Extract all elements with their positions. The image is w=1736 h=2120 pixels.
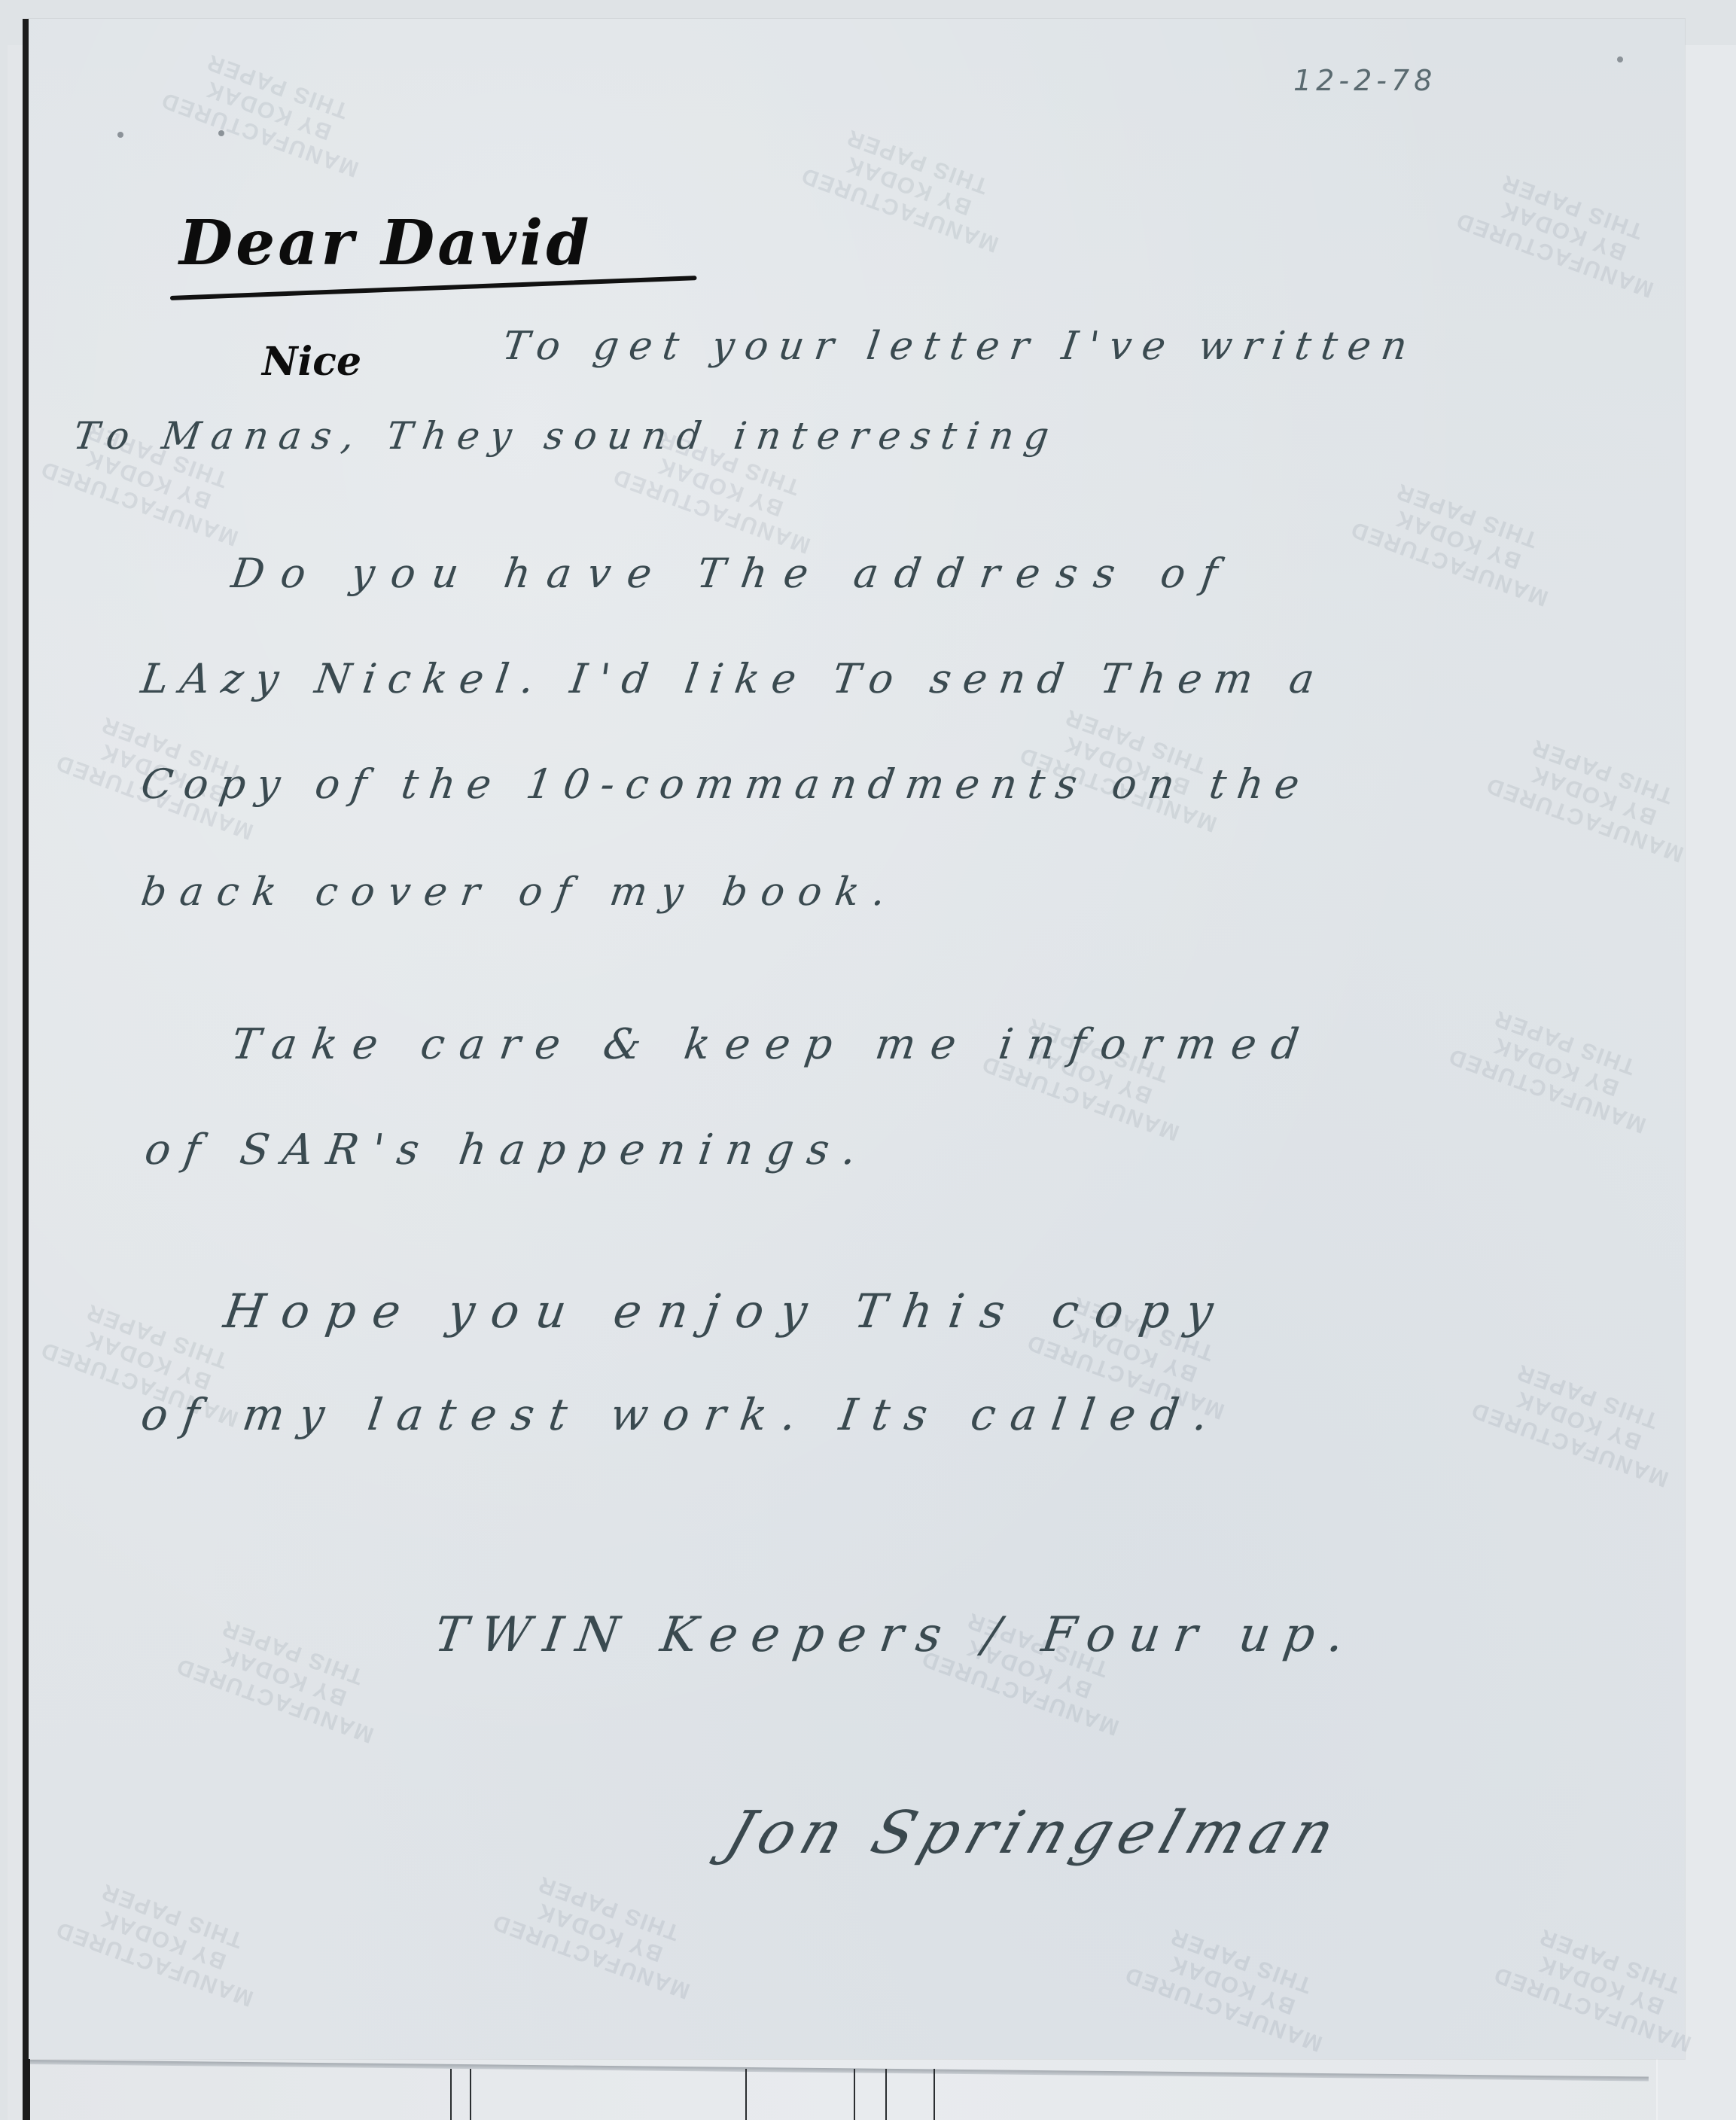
watermark: MANUFACTURED BY KODAK THIS PAPER (157, 38, 379, 182)
body-word-nice: Nice (262, 339, 361, 385)
body-line: of SAR's happenings. (142, 1125, 873, 1174)
body-line: To Manas, They sound interesting (71, 414, 1062, 458)
body-line: back cover of my book. (139, 870, 902, 915)
letter-date: 12-2-78 (1293, 64, 1436, 97)
salutation: Dear David (179, 207, 592, 279)
body-line: LAzy Nickel. I'd like To send Them a (139, 655, 1329, 702)
body-line: Take care & keep me informed (228, 1020, 1317, 1069)
pin-hole (218, 130, 224, 136)
watermark: MANUFACTURED BY KODAK THIS PAPER (1467, 1348, 1689, 1492)
watermark: MANUFACTURED BY KODAK THIS PAPER (1445, 995, 1667, 1138)
signature: Jon Springelman (717, 1799, 1350, 1867)
book-title: TWIN Keepers / Four up. (431, 1607, 1361, 1663)
watermark: MANUFACTURED BY KODAK THIS PAPER (52, 1868, 274, 2012)
watermark: MANUFACTURED BY KODAK THIS PAPER (1490, 1913, 1712, 2057)
body-line: To get your letter I've written (500, 324, 1421, 369)
body-line: Copy of the 10-commandments on the (139, 760, 1314, 808)
watermark: MANUFACTURED BY KODAK THIS PAPER (1482, 723, 1704, 867)
letter-page: MANUFACTURED BY KODAK THIS PAPER MANUFAC… (29, 19, 1685, 2059)
salutation-underline (170, 276, 697, 300)
pin-hole (1617, 56, 1623, 62)
watermark: MANUFACTURED BY KODAK THIS PAPER (797, 114, 1019, 257)
watermark: MANUFACTURED BY KODAK THIS PAPER (172, 1604, 394, 1748)
watermark: MANUFACTURED BY KODAK THIS PAPER (1452, 159, 1674, 303)
body-line: Hope you enjoy This copy (221, 1284, 1233, 1339)
body-line: of my latest work. Its called. (138, 1389, 1226, 1440)
watermark: MANUFACTURED BY KODAK THIS PAPER (489, 1860, 711, 2004)
watermark: MANUFACTURED BY KODAK THIS PAPER (1121, 1913, 1343, 2057)
watermark: MANUFACTURED BY KODAK THIS PAPER (1347, 468, 1569, 611)
body-line: Do you have The address of (229, 550, 1237, 597)
pin-hole (117, 132, 123, 138)
